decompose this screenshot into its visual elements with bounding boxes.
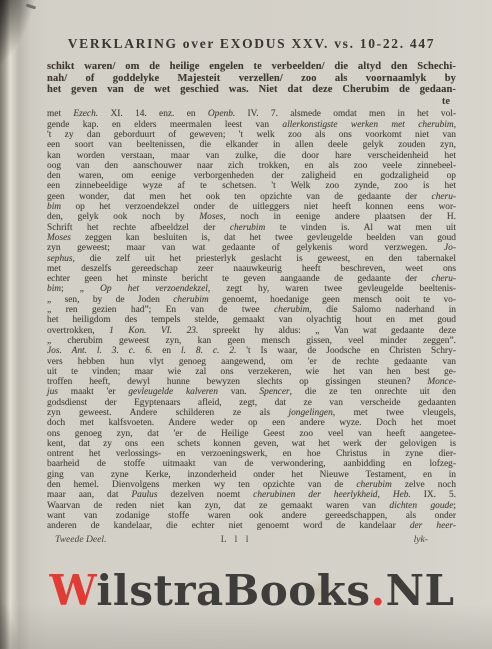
text-line: het geven van de wet geschied was. Niet …: [47, 84, 456, 96]
text-line: oog van den aanschouwer naar zich trokke…: [47, 161, 456, 171]
text-line: Jos. Ant. l. 3. c. 6. en l. 8. c. 2. 't …: [47, 346, 456, 356]
text-line: vers hebben hun vlyt genoeg aangewend, o…: [47, 357, 456, 367]
blackletter-paragraph: schikt waren/ om de heilige engelen te v…: [47, 61, 456, 96]
text-line: baarheid de stoffe uitmaakt van de verwo…: [47, 459, 456, 469]
text-line: met Ezech. XI. 14. enz. en Openb. IV. 7.…: [47, 109, 456, 119]
text-line: Waarvan de reden niet kan zyn, dat ze ge…: [47, 501, 456, 511]
text-line: met deszelfs gereedschap zeer naauwkeuri…: [47, 264, 456, 274]
running-title: VERKLARING over EXODUS XXV. vs. 10-22. 4…: [47, 36, 456, 52]
text-line: ontrent het verlossings- en verzoeningsw…: [47, 449, 456, 459]
text-line: maar aan, dat Paulus dezelven noemt cher…: [47, 490, 456, 500]
text-line: bim; „ Op het verzoendekzel, zegt hy, wa…: [47, 284, 456, 294]
watermark-initial: W: [49, 566, 96, 615]
commentary-body: met Ezech. XI. 14. enz. en Openb. IV. 7.…: [47, 109, 456, 531]
text-line: geen wonder, dat men het ook ten opzicht…: [47, 192, 456, 202]
text-line: kent, dat zy ons een schets konnen geven…: [47, 439, 456, 449]
hanging-syllable: te: [47, 96, 456, 108]
text-line: den hemel. Dienvolgens merken wy ten opz…: [47, 480, 456, 490]
text-line: sephus, die zelf uit het priesterlyk ges…: [47, 254, 456, 264]
text-line: Schrift het rechte afbeeldzel der cherub…: [47, 223, 456, 233]
text-line: kan worden verstaan, maar van zulke, die…: [47, 151, 456, 161]
text-line: schikt waren/ om de heilige engelen te v…: [47, 61, 456, 73]
text-line: troffen heeft, dewyl hunne bewyzen slech…: [47, 377, 456, 387]
text-line: „ cherubim geweest zyn, kan geen mensch …: [47, 336, 456, 346]
text-line: nah/ of goddelyke Majesteit verzellen/ z…: [47, 73, 456, 85]
text-line: zyn geweest. Andere schilderen ze als jo…: [47, 408, 456, 418]
text-line: godsdienst der Egyptenaars afleid, zegt,…: [47, 398, 456, 408]
text-line: zyn geweest; maar van wat gedaante of ge…: [47, 243, 456, 253]
signature-mark: L l l: [221, 534, 252, 545]
text-line: „ ren gezien had”; En van de twee cherub…: [47, 305, 456, 315]
book-page-photo: VERKLARING over EXODUS XXV. vs. 10-22. 4…: [0, 0, 492, 649]
text-line: bim op het verzoendekzel onder de uitleg…: [47, 202, 456, 212]
text-line: anderen de kandelaar, die echter niet ge…: [47, 521, 456, 531]
text-line: doch met kalfsvoeten. Andere weder op ee…: [47, 418, 456, 428]
text-line: den waren, om eenige verborgenheden der …: [47, 171, 456, 181]
text-line: uit te vinden; maar wie zal ons verzeker…: [47, 367, 456, 377]
text-line: overtrokken, 1 Kon. VI. 23. spreekt hy a…: [47, 326, 456, 336]
text-line: gende kap. en elders meermalen leest van…: [47, 120, 456, 130]
text-line: het heiligdom des tempels stelde, gemaak…: [47, 315, 456, 325]
text-line: echter geen het minste bericht te geven …: [47, 274, 456, 284]
text-line: een zinnebeeldige wyze af te schetsen. '…: [47, 181, 456, 191]
text-line: den, gelyk ook noch by Moses, noch in ee…: [47, 212, 456, 222]
text-line: jus maakt 'er gevleugelde kalveren van. …: [47, 387, 456, 397]
text-line: want van zodanige stoffe waren ook ander…: [47, 511, 456, 521]
watermark-suffix: NL: [386, 566, 455, 615]
watermark-middle: ilstraBooks: [96, 566, 370, 615]
text-line: „ sen, by de Joden cherubim genoemt, hoe…: [47, 295, 456, 305]
book-page: VERKLARING over EXODUS XXV. vs. 10-22. 4…: [47, 36, 456, 545]
volume-label: Tweede Deel.: [47, 534, 107, 545]
text-line: een soort van beeltenissen, die elkander…: [47, 140, 456, 150]
text-line: ons genoeg zyn, dat 'er de Heilige Geest…: [47, 429, 456, 439]
paper-speck: [26, 4, 36, 10]
text-line: ging van zyne Kerke, inzonderheid onder …: [47, 470, 456, 480]
catchword: lyk-: [414, 534, 456, 545]
text-line: Moses zeggen kan besluiten is, dat het t…: [47, 233, 456, 243]
text-line: 't zy dan geborduurt of geweven; 't welk…: [47, 130, 456, 140]
page-footer: Tweede Deel. L l l lyk-: [47, 534, 456, 545]
watermark-dot: .: [370, 566, 385, 615]
watermark: WilstraBooks.NL: [0, 566, 492, 615]
